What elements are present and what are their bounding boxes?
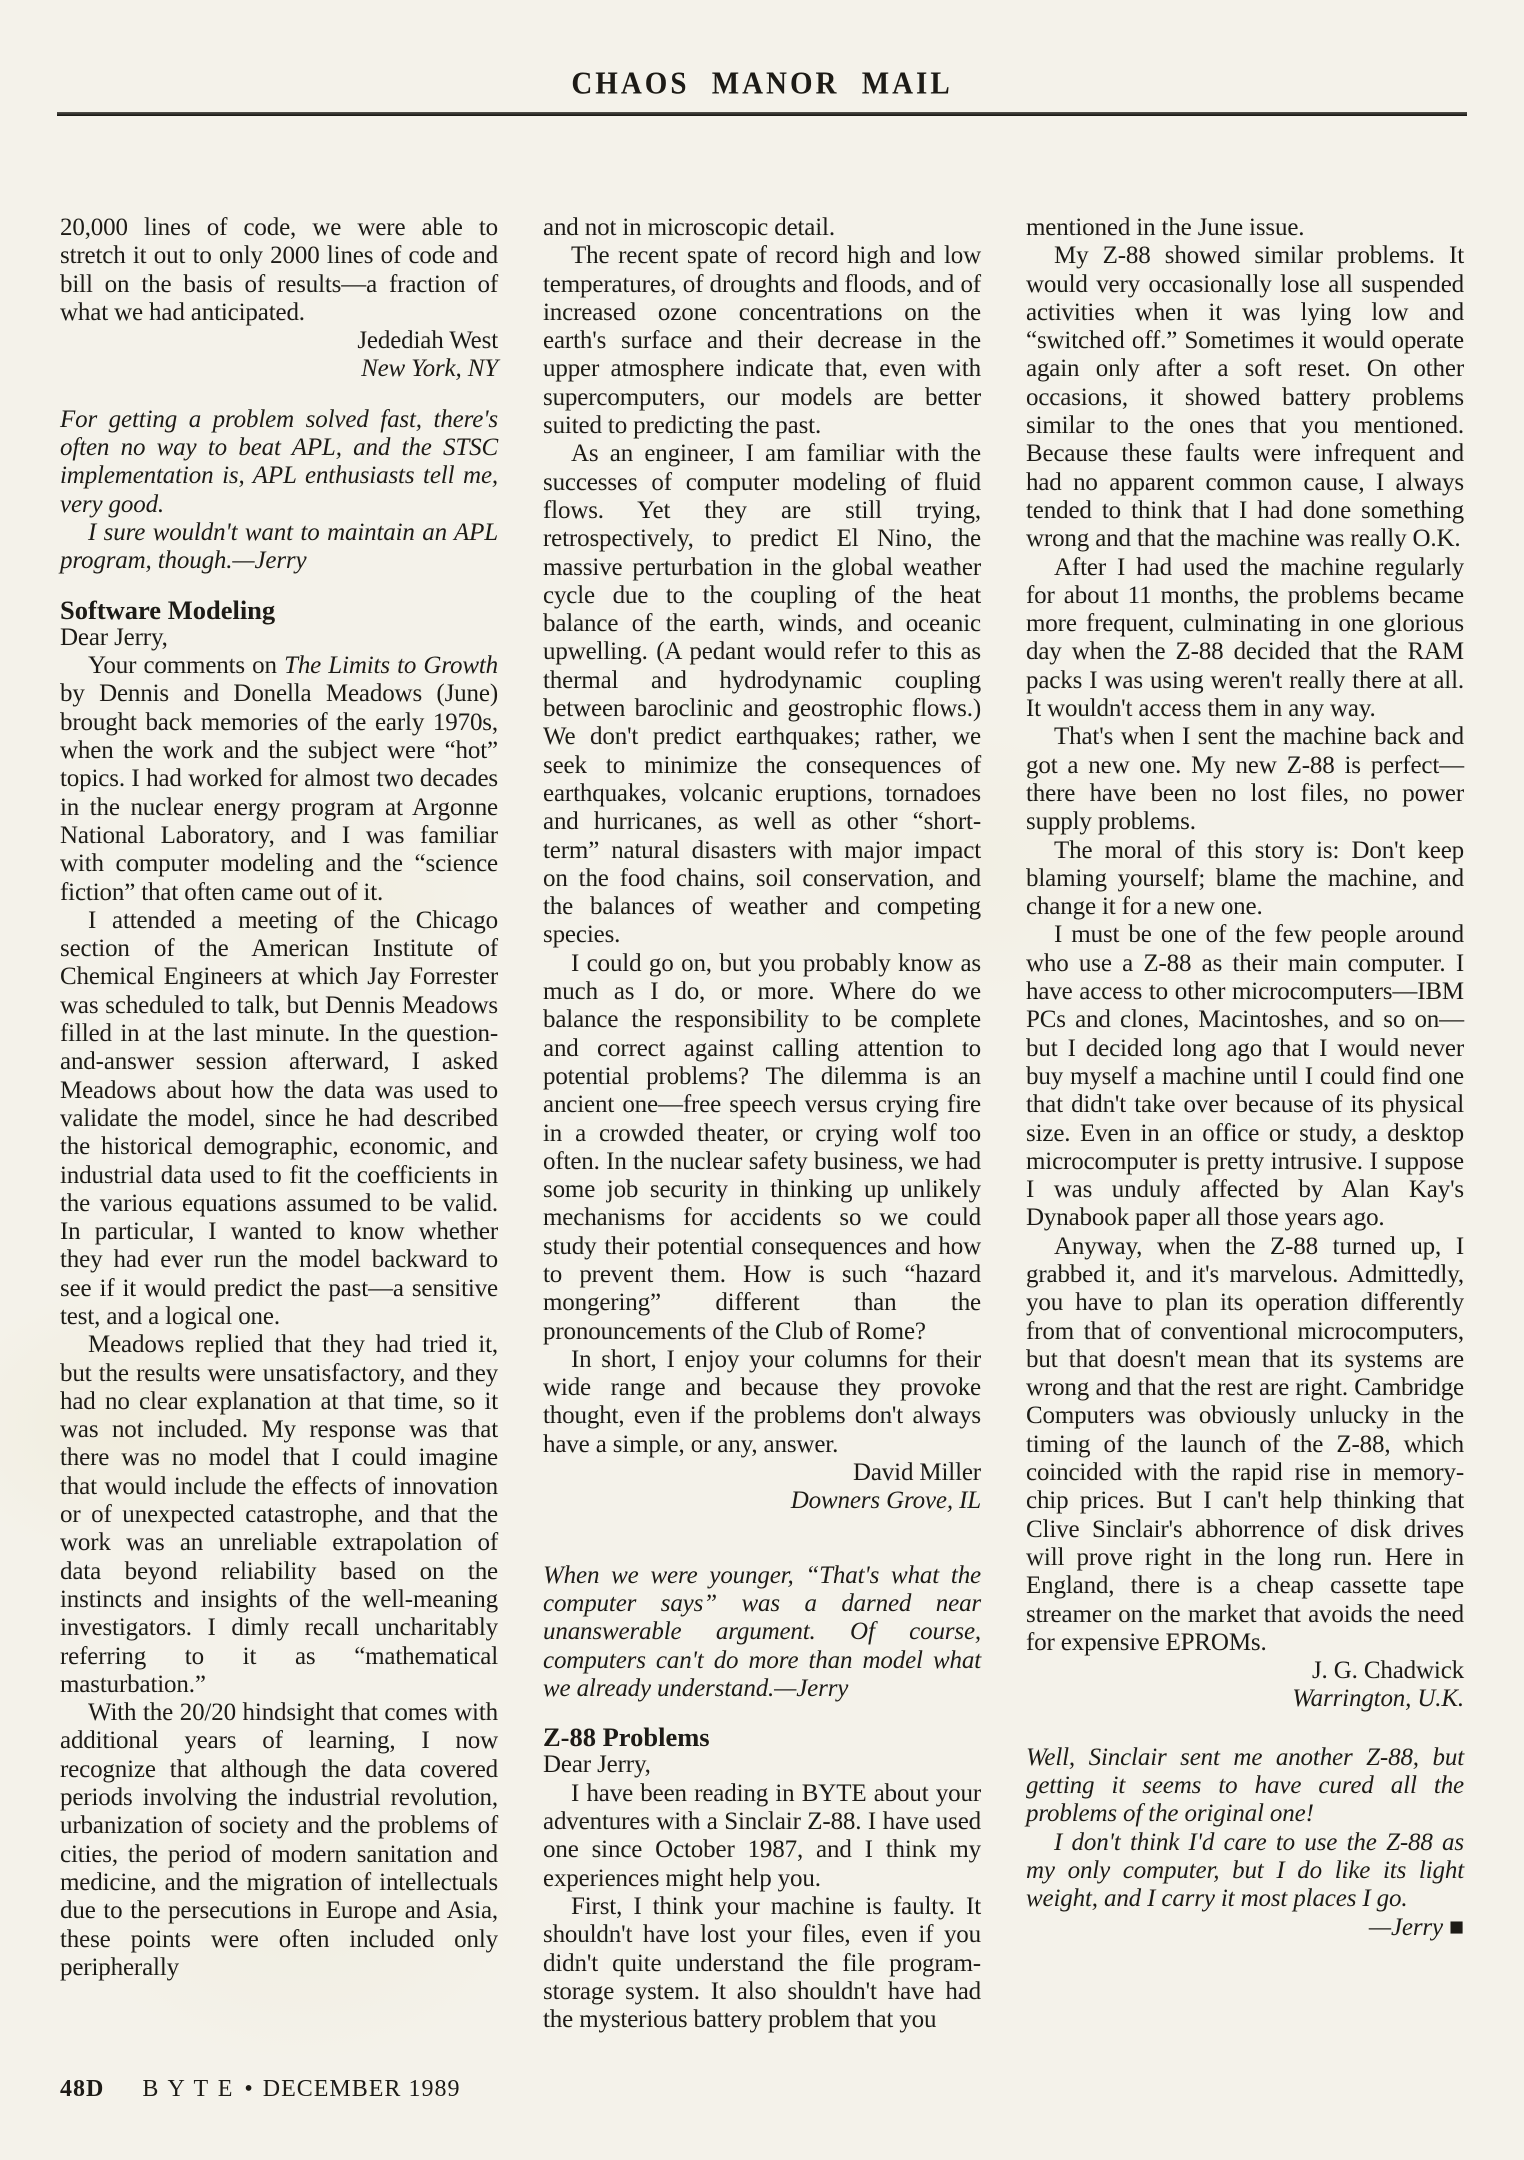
paragraph-gap	[60, 384, 498, 406]
text-column-1: 20,000 lines of code, we were able to st…	[60, 214, 498, 2034]
editor-signoff: —Jerry ■	[1026, 1914, 1464, 1942]
signature-name: David Miller	[543, 1459, 981, 1487]
letter-paragraph: I attended a meeting of the Chicago sect…	[60, 907, 498, 1331]
magazine-page: CHAOS MANOR MAIL 20,000 lines of code, w…	[0, 0, 1524, 2160]
letter-paragraph: The recent spate of record high and low …	[543, 242, 981, 440]
letter-paragraph: With the 20/20 hindsight that comes with…	[60, 1699, 498, 1982]
signature-location: Warrington, U.K.	[1026, 1685, 1464, 1713]
letter-paragraph: I must be one of the few people around w…	[1026, 921, 1464, 1232]
letter-paragraph: and not in microscopic detail.	[543, 214, 981, 242]
page-header: CHAOS MANOR MAIL	[0, 68, 1524, 101]
section-heading: Z-88 Problems	[543, 1723, 981, 1751]
letter-paragraph: After I had used the machine regularly f…	[1026, 554, 1464, 724]
page-title: CHAOS MANOR MAIL	[571, 67, 952, 103]
paragraph-gap	[543, 1516, 981, 1562]
editor-reply-paragraph: I don't think I'd care to use the Z-88 a…	[1026, 1829, 1464, 1914]
signature-name: Jedediah West	[60, 327, 498, 355]
page-footer: 48DB Y T E•DECEMBER 1989	[60, 2076, 460, 2103]
page-number: 48D	[60, 2076, 104, 2102]
paragraph-gap	[60, 576, 498, 596]
signature-name: J. G. Chadwick	[1026, 1657, 1464, 1685]
editor-reply-paragraph: For getting a problem solved fast, there…	[60, 406, 498, 519]
header-rule	[57, 112, 1467, 116]
letter-paragraph: Dear Jerry,	[60, 624, 498, 652]
letter-paragraph: In short, I enjoy your columns for their…	[543, 1346, 981, 1459]
text-column-3: mentioned in the June issue.My Z-88 show…	[1026, 214, 1464, 2034]
letter-paragraph: The moral of this story is: Don't keep b…	[1026, 837, 1464, 922]
magazine-name: B Y T E	[142, 2076, 234, 2102]
letter-paragraph: Meadows replied that they had tried it, …	[60, 1331, 498, 1699]
letter-paragraph: I could go on, but you probably know as …	[543, 950, 981, 1346]
letter-paragraph: I have been reading in BYTE about your a…	[543, 1780, 981, 1893]
letter-paragraph: 20,000 lines of code, we were able to st…	[60, 214, 498, 327]
text-column-2: and not in microscopic detail.The recent…	[543, 214, 981, 2034]
editor-reply-paragraph: I sure wouldn't want to maintain an APL …	[60, 519, 498, 576]
letter-paragraph: Anyway, when the Z-88 turned up, I grabb…	[1026, 1233, 1464, 1657]
letter-paragraph: First, I think your machine is faulty. I…	[543, 1893, 981, 2034]
footer-bullet: •	[244, 2076, 252, 2102]
issue-date: DECEMBER 1989	[263, 2076, 461, 2102]
letter-paragraph: As an engineer, I am familiar with the s…	[543, 440, 981, 949]
section-heading: Software Modeling	[60, 596, 498, 624]
editor-reply-paragraph: When we were younger, “That's what the c…	[543, 1562, 981, 1703]
letter-paragraph: My Z-88 showed similar problems. It woul…	[1026, 242, 1464, 553]
letter-paragraph: That's when I sent the machine back and …	[1026, 723, 1464, 836]
signature-location: Downers Grove, IL	[543, 1487, 981, 1515]
editor-reply-paragraph: Well, Sinclair sent me another Z-88, but…	[1026, 1744, 1464, 1829]
article-columns: 20,000 lines of code, we were able to st…	[60, 214, 1464, 2034]
letter-paragraph: mentioned in the June issue.	[1026, 214, 1464, 242]
paragraph-gap	[1026, 1714, 1464, 1744]
paragraph-gap	[543, 1703, 981, 1723]
letter-paragraph: Your comments on The Limits to Growth by…	[60, 652, 498, 907]
letter-paragraph: Dear Jerry,	[543, 1751, 981, 1779]
signature-location: New York, NY	[60, 355, 498, 383]
